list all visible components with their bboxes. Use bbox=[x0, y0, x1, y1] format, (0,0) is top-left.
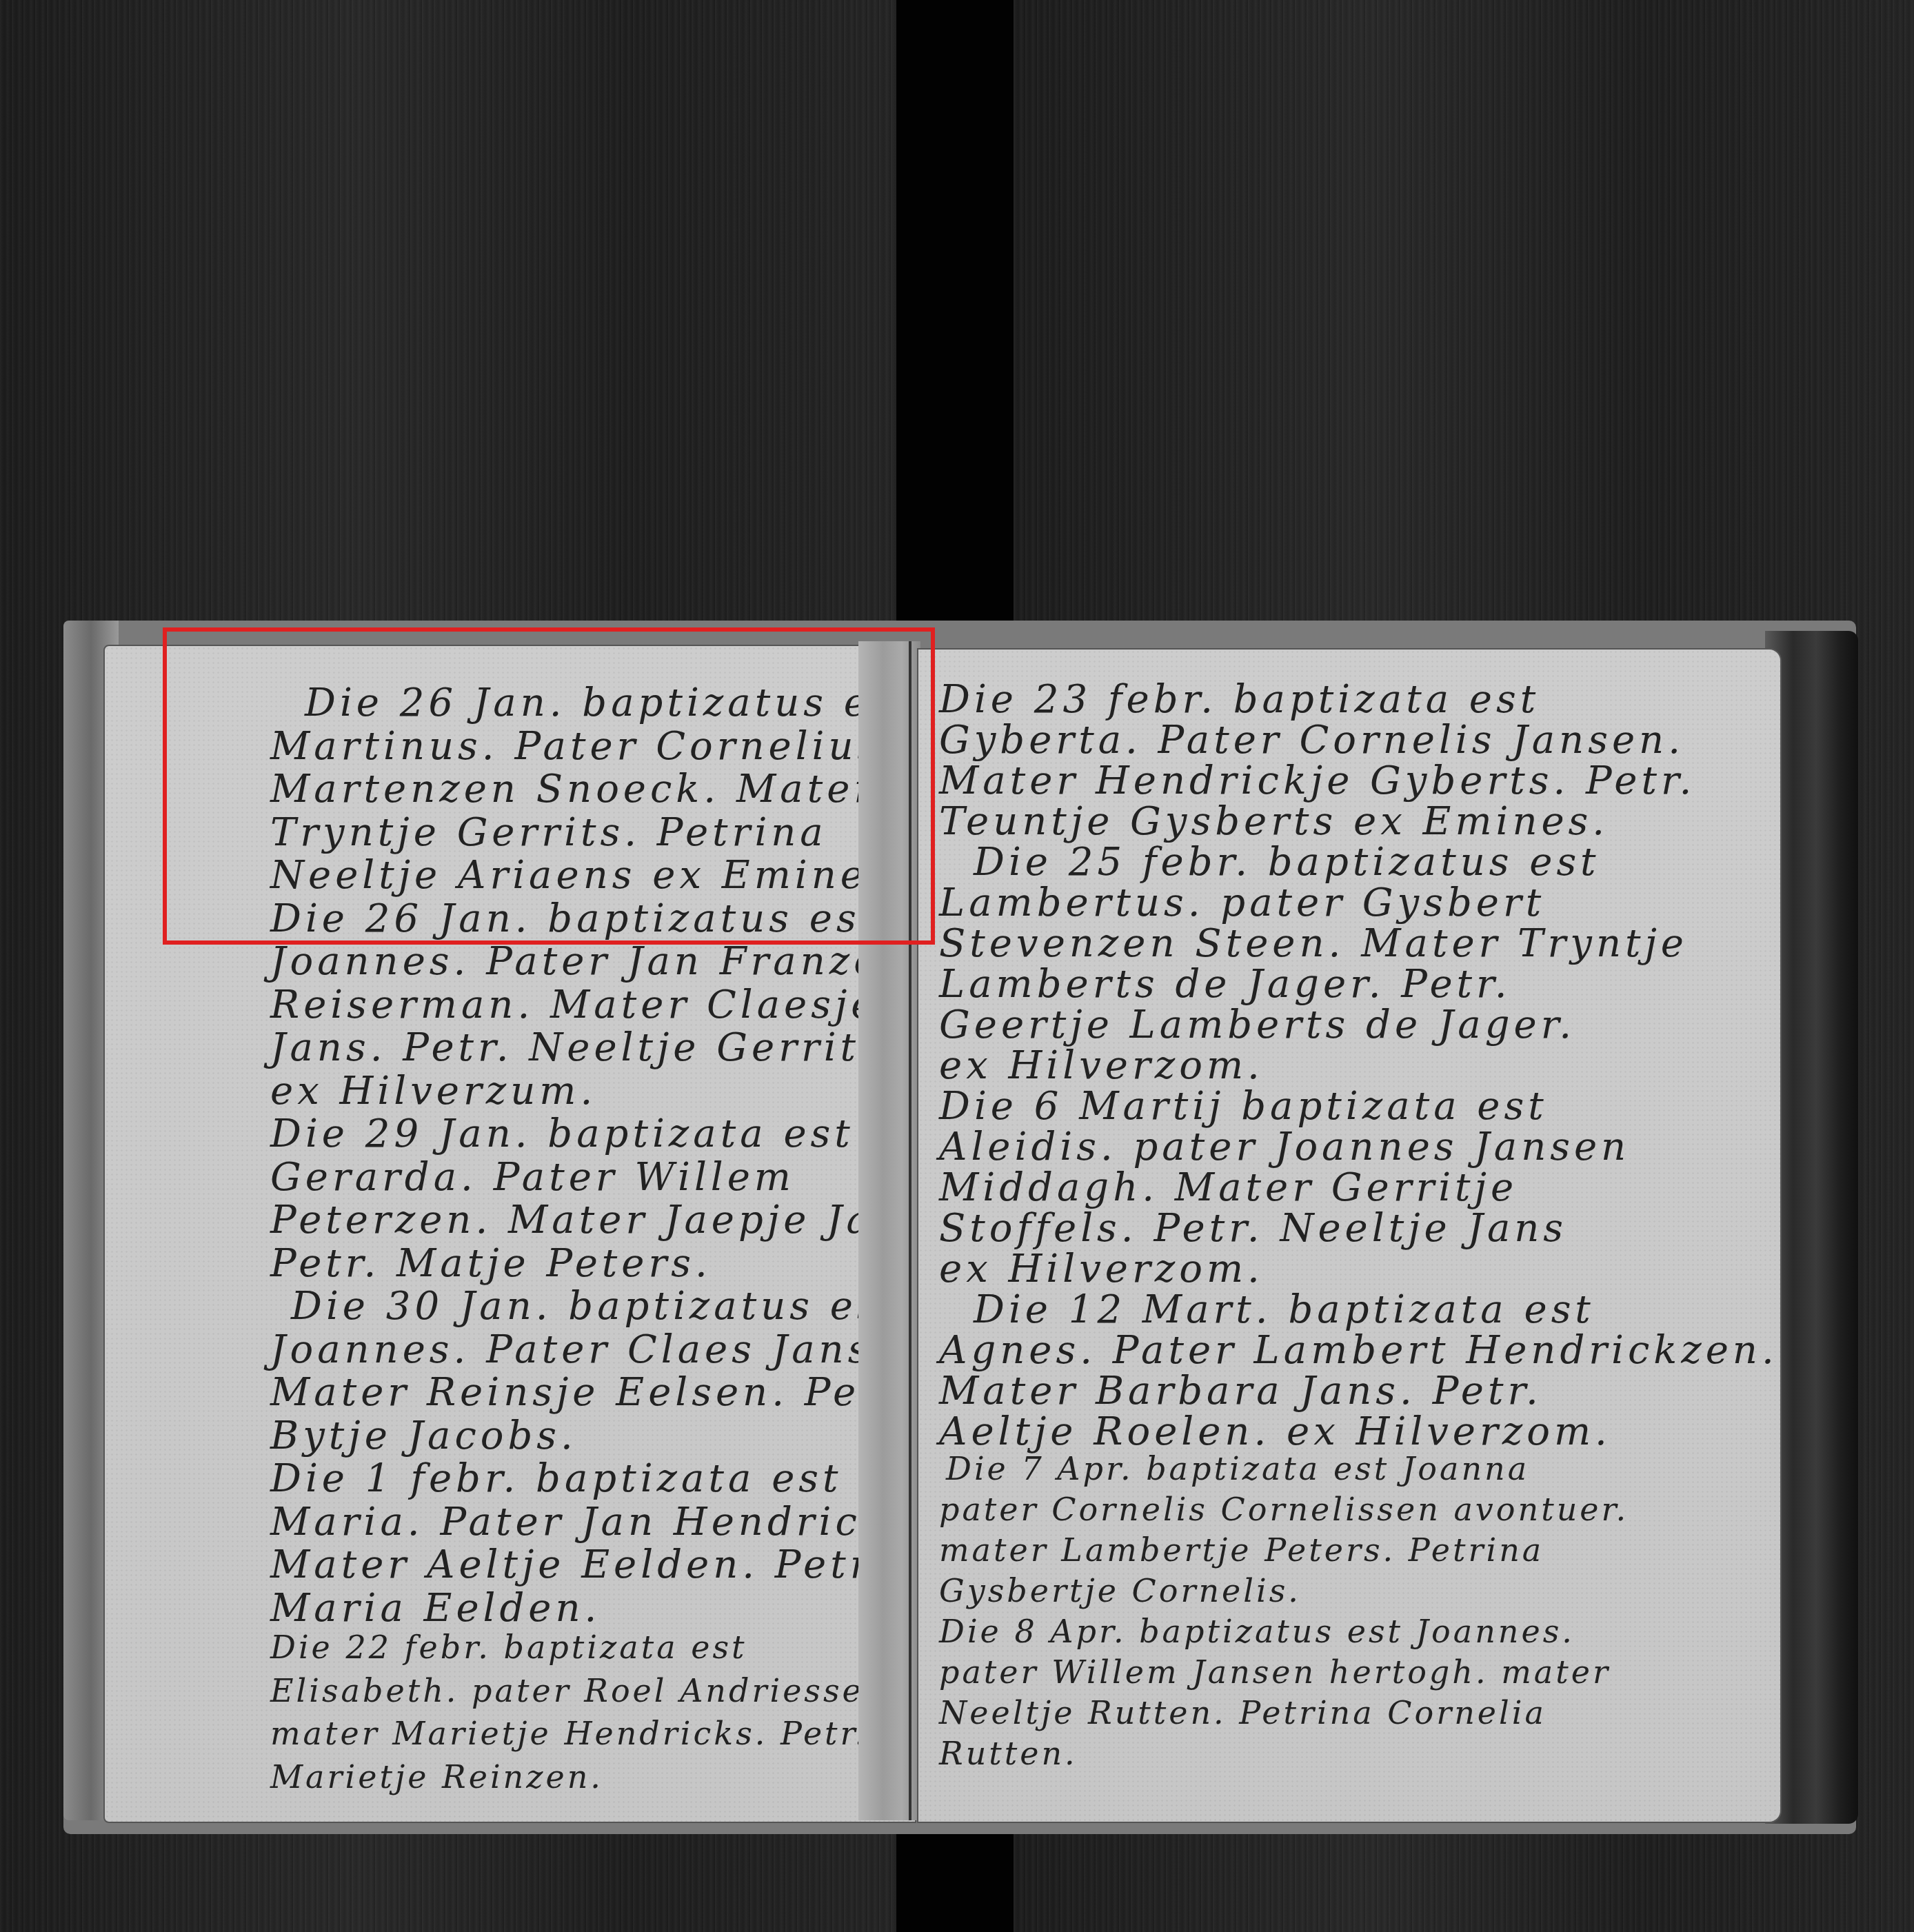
handwritten-line: Die 1 febr. baptizata est bbox=[270, 1456, 843, 1501]
right-page-entries: Die 23 febr. baptizata estGyberta. Pater… bbox=[918, 650, 1780, 1822]
handwritten-line: Die 26 Jan. baptizatus est bbox=[305, 681, 914, 725]
handwritten-line: Peterzen. Mater Jaepje Jans. bbox=[270, 1198, 943, 1242]
handwritten-line: Rutten. bbox=[939, 1735, 1078, 1772]
handwritten-line: Lambertus. pater Gysbert bbox=[939, 881, 1545, 925]
handwritten-line: Elisabeth. pater Roel Andriessen bbox=[270, 1672, 887, 1709]
handwritten-line: Maria Eelden. bbox=[270, 1586, 601, 1631]
gutter-line bbox=[909, 641, 911, 1820]
handwritten-line: ex Hilverzom. bbox=[939, 1247, 1264, 1291]
handwritten-line: Die 6 Martij baptizata est bbox=[939, 1084, 1548, 1129]
handwritten-line: Neeltje Ariaens ex Emines. bbox=[270, 853, 907, 898]
handwritten-line: Die 26 Jan. baptizatus est bbox=[270, 896, 880, 941]
handwritten-line: Joannes. Pater Claes Jansen. bbox=[270, 1327, 944, 1372]
left-page-entries: Die 26 Jan. baptizatus estMartinus. Pate… bbox=[105, 646, 915, 1822]
handwritten-line: ex Hilverzom. bbox=[939, 1043, 1264, 1088]
handwritten-line: Geertje Lamberts de Jager. bbox=[939, 1003, 1575, 1047]
handwritten-line: Agnes. Pater Lambert Hendrickzen. bbox=[939, 1328, 1778, 1373]
handwritten-line: Gerarda. Pater Willem bbox=[270, 1155, 795, 1200]
handwritten-line: Die 25 febr. baptizatus est bbox=[974, 840, 1600, 885]
handwritten-line: Martenzen Snoeck. Mater bbox=[270, 767, 876, 812]
handwritten-line: Tryntje Gerrits. Petrina bbox=[270, 810, 827, 855]
handwritten-line: Lamberts de Jager. Petr. bbox=[939, 962, 1511, 1007]
handwritten-line: Jans. Petr. Neeltje Gerrits bbox=[270, 1025, 884, 1070]
handwritten-line: Gyberta. Pater Cornelis Jansen. bbox=[939, 718, 1684, 763]
handwritten-line: mater Lambertje Peters. Petrina bbox=[939, 1531, 1544, 1569]
handwritten-line: mater Marietje Hendricks. Petr. bbox=[270, 1715, 867, 1752]
handwritten-line: Petr. Matje Peters. bbox=[270, 1241, 712, 1286]
handwritten-line: Stoffels. Petr. Neeltje Jans bbox=[939, 1206, 1567, 1251]
handwritten-line: Joannes. Pater Jan Franzen bbox=[270, 939, 909, 984]
handwritten-line: pater Cornelis Cornelissen avontuer. bbox=[939, 1491, 1629, 1528]
handwritten-line: Neeltje Rutten. Petrina Cornelia bbox=[939, 1694, 1547, 1731]
handwritten-line: Marietje Reinzen. bbox=[270, 1758, 603, 1795]
handwritten-line: Mater Aeltje Eelden. Petr. bbox=[270, 1542, 885, 1587]
handwritten-line: Die 8 Apr. baptizatus est Joannes. bbox=[939, 1613, 1575, 1650]
handwritten-line: Stevenzen Steen. Mater Tryntje bbox=[939, 921, 1688, 966]
handwritten-line: pater Willem Jansen hertogh. mater bbox=[939, 1653, 1611, 1691]
right-page: Die 23 febr. baptizata estGyberta. Pater… bbox=[917, 648, 1782, 1823]
handwritten-line: Die 23 febr. baptizata est bbox=[939, 677, 1540, 722]
handwritten-line: Gysbertje Cornelis. bbox=[939, 1572, 1301, 1609]
handwritten-line: Mater Reinsje Eelsen. Petr. bbox=[270, 1370, 914, 1415]
handwritten-line: Bytje Jacobs. bbox=[270, 1413, 577, 1458]
handwritten-line: Aeltje Roelen. ex Hilverzom. bbox=[939, 1409, 1611, 1454]
handwritten-line: Reiserman. Mater Claesje bbox=[270, 983, 878, 1027]
handwritten-line: Die 22 febr. baptizata est bbox=[270, 1629, 747, 1666]
handwritten-line: Die 12 Mart. baptizata est bbox=[974, 1287, 1595, 1332]
handwritten-line: Teuntje Gysberts ex Emines. bbox=[939, 799, 1609, 844]
handwritten-line: Die 29 Jan. baptizata est bbox=[270, 1111, 854, 1156]
handwritten-line: Mater Hendrickje Gyberts. Petr. bbox=[939, 758, 1695, 803]
handwritten-line: Aleidis. pater Joannes Jansen bbox=[939, 1125, 1630, 1169]
handwritten-line: ex Hilverzum. bbox=[270, 1069, 596, 1114]
handwritten-line: Mater Barbara Jans. Petr. bbox=[939, 1369, 1542, 1413]
handwritten-line: Martinus. Pater Cornelius bbox=[270, 724, 881, 769]
left-page: Die 26 Jan. baptizatus estMartinus. Pate… bbox=[103, 645, 916, 1823]
handwritten-line: Middagh. Mater Gerritje bbox=[939, 1165, 1518, 1210]
handwritten-line: Die 30 Jan. baptizatus est bbox=[291, 1284, 900, 1329]
handwritten-line: Die 7 Apr. baptizata est Joanna bbox=[946, 1450, 1529, 1487]
